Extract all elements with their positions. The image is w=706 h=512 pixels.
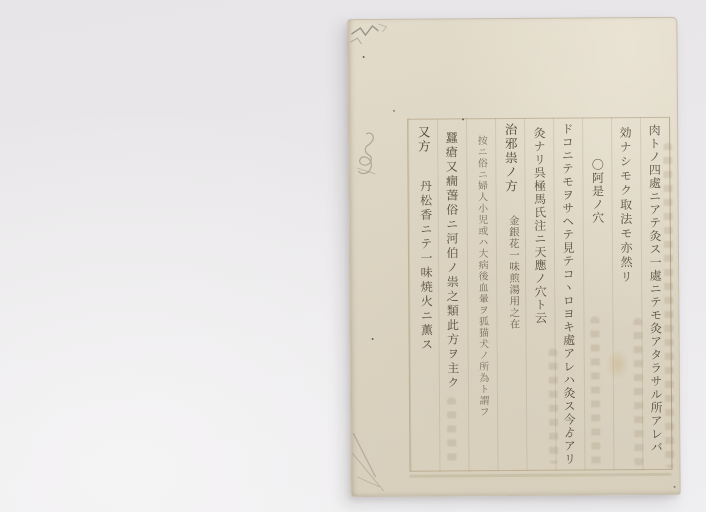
bleed-through-column (590, 316, 600, 466)
crease-marks (351, 425, 394, 499)
ink-speck (674, 486, 676, 488)
text-column-8: 蠶瘡又癇萅俗ニ河伯ノ祟之類此方ヲ主ク (439, 131, 465, 390)
text-column-1: 肉トノ四處ニアテ灸ス一處ニテモ灸アタラサル所アレバ (642, 124, 668, 454)
corner-wear-marks (348, 20, 400, 80)
text-column-9-body: 丹松香ニテ一味焼火ニ薫ス (413, 180, 438, 353)
text-column-9-heading: 又方 (411, 126, 435, 154)
text-column-7: 按ニ俗ニ婦人小児或ハ大病後血暈ヲ狐猫犬ノ所為ト謂フ (470, 135, 492, 418)
ink-speck (372, 338, 374, 340)
text-column-6-heading: 治邪祟ノ方 (498, 123, 522, 194)
pencil-sketch (352, 128, 384, 184)
ink-speck (393, 110, 395, 112)
manuscript-page: 肉トノ四處ニアテ灸ス一處ニテモ灸アタラサル所アレバ 効ナシモク取法モ亦然リ 〇阿… (347, 17, 680, 497)
bleed-through-column (633, 318, 643, 466)
text-column-3: 〇阿是ノ穴 (585, 158, 609, 224)
text-column-2: 効ナシモク取法モ亦然リ (613, 126, 638, 285)
bleed-through-column (447, 397, 456, 465)
text-column-5: 灸ナリ呉極馬氏注ニ天應ノ穴ト云 (527, 127, 552, 325)
text-column-4: ドコニテモヲサヘテ見テコヽロヨキ處アレハ灸ス今ゟアリ (555, 123, 581, 466)
ink-speck (363, 56, 365, 58)
frame-bottom-band (410, 473, 672, 478)
text-column-6-body: 金銀花一味煎湯用之在 (502, 215, 527, 330)
paper-stain (606, 348, 630, 380)
photo-backdrop: 肉トノ四處ニアテ灸ス一處ニテモ灸アタラサル所アレバ 効ナシモク取法モ亦然リ 〇阿… (0, 0, 706, 512)
ink-speck (462, 118, 464, 120)
